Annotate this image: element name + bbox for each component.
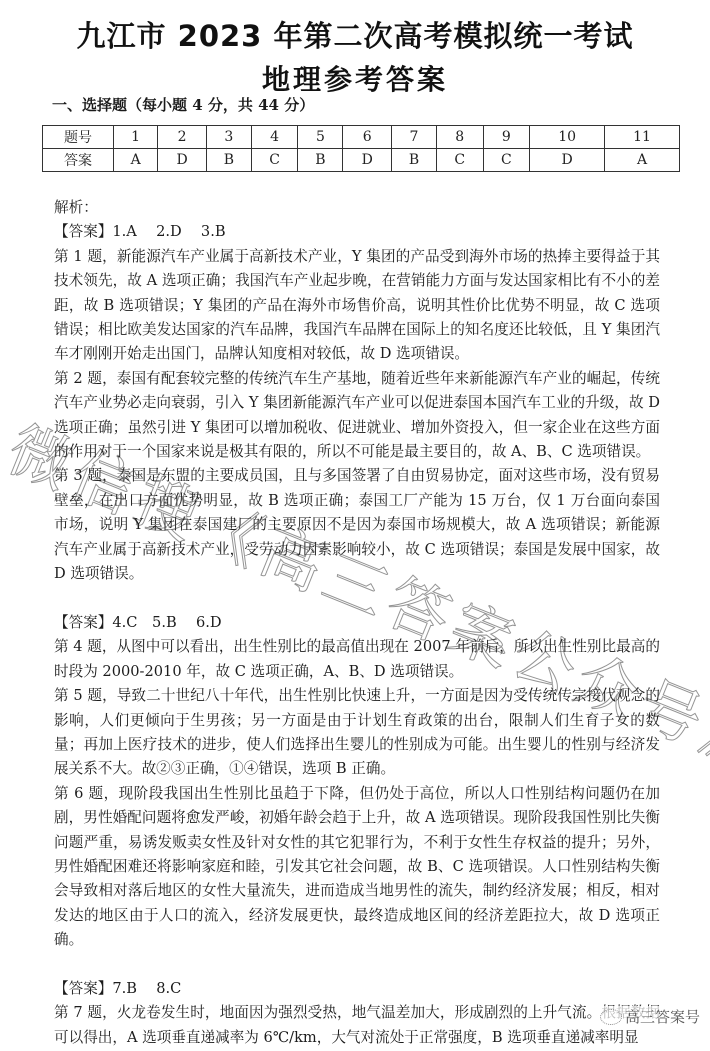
spacer	[54, 587, 660, 611]
answer-cell: B	[298, 149, 343, 172]
spacer	[54, 953, 660, 977]
question-number: 1	[114, 126, 158, 149]
corner-logo-text: 高三答案号	[625, 1006, 700, 1027]
explanation-q7: 第 7 题，火龙卷发生时，地面因为强烈受热，地气温差加大，形成剧烈的上升气流。根…	[54, 1001, 660, 1050]
answer-cell: D	[158, 149, 207, 172]
question-number: 3	[206, 126, 251, 149]
question-number: 2	[158, 126, 207, 149]
answer-cell: D	[530, 149, 605, 172]
explanation-q6: 第 6 题，现阶段我国出生性别比虽趋于下降，但仍处于高位，所以人口性别结构问题仍…	[54, 782, 660, 953]
answer-cell: C	[251, 149, 298, 172]
answer-cell: C	[436, 149, 483, 172]
question-number: 6	[343, 126, 392, 149]
explanation-q3: 第 3 题，泰国是东盟的主要成员国，且与多国签署了自由贸易协定，面对这些市场，没…	[54, 464, 660, 586]
answer-cell: B	[206, 149, 251, 172]
answer-table: 题号 1 2 3 4 5 6 7 8 9 10 11 答案 A D B C B …	[42, 125, 680, 172]
question-number: 7	[392, 126, 437, 149]
wechat-logo-icon	[600, 1009, 622, 1025]
question-number: 9	[483, 126, 530, 149]
explanation-q1: 第 1 题，新能源汽车产业属于高新技术产业，Y 集团的产品受到海外市场的热捧主要…	[54, 245, 660, 367]
question-number: 8	[436, 126, 483, 149]
document-subtitle: 地理参考答案	[0, 58, 710, 98]
row-label: 答案	[43, 149, 114, 172]
answer-cell: A	[605, 149, 680, 172]
answer-cell: C	[483, 149, 530, 172]
answer-cell: A	[114, 149, 158, 172]
document-title: 九江市 2023 年第二次高考模拟统一考试	[0, 14, 710, 55]
question-number: 5	[298, 126, 343, 149]
answer-line: 【答案】7.B 8.C	[54, 977, 660, 1001]
explanation-q4: 第 4 题，从图中可以看出，出生性别比的最高值出现在 2007 年前后，所以出生…	[54, 635, 660, 684]
analysis-label: 解析：	[54, 196, 660, 220]
answer-row: 答案 A D B C B D B C C D A	[43, 149, 680, 172]
analysis-body: 解析： 【答案】1.A 2.D 3.B 第 1 题，新能源汽车产业属于高新技术产…	[54, 196, 660, 1050]
answer-cell: D	[343, 149, 392, 172]
explanation-q5: 第 5 题，导致二十世纪八十年代，出生性别比快速上升，一方面是因为受传统传宗接代…	[54, 684, 660, 782]
question-number: 4	[251, 126, 298, 149]
answer-cell: B	[392, 149, 437, 172]
question-number: 11	[605, 126, 680, 149]
section-heading: 一、选择题（每小题 4 分，共 44 分）	[52, 94, 314, 115]
explanation-q2: 第 2 题，泰国有配套较完整的传统汽车生产基地，随着近些年来新能源汽车产业的崛起…	[54, 367, 660, 465]
question-number-row: 题号 1 2 3 4 5 6 7 8 9 10 11	[43, 126, 680, 149]
question-number: 10	[530, 126, 605, 149]
corner-logo: 高三答案号	[598, 1006, 702, 1027]
answer-line: 【答案】4.C 5.B 6.D	[54, 611, 660, 635]
answer-line: 【答案】1.A 2.D 3.B	[54, 220, 660, 244]
row-label: 题号	[43, 126, 114, 149]
